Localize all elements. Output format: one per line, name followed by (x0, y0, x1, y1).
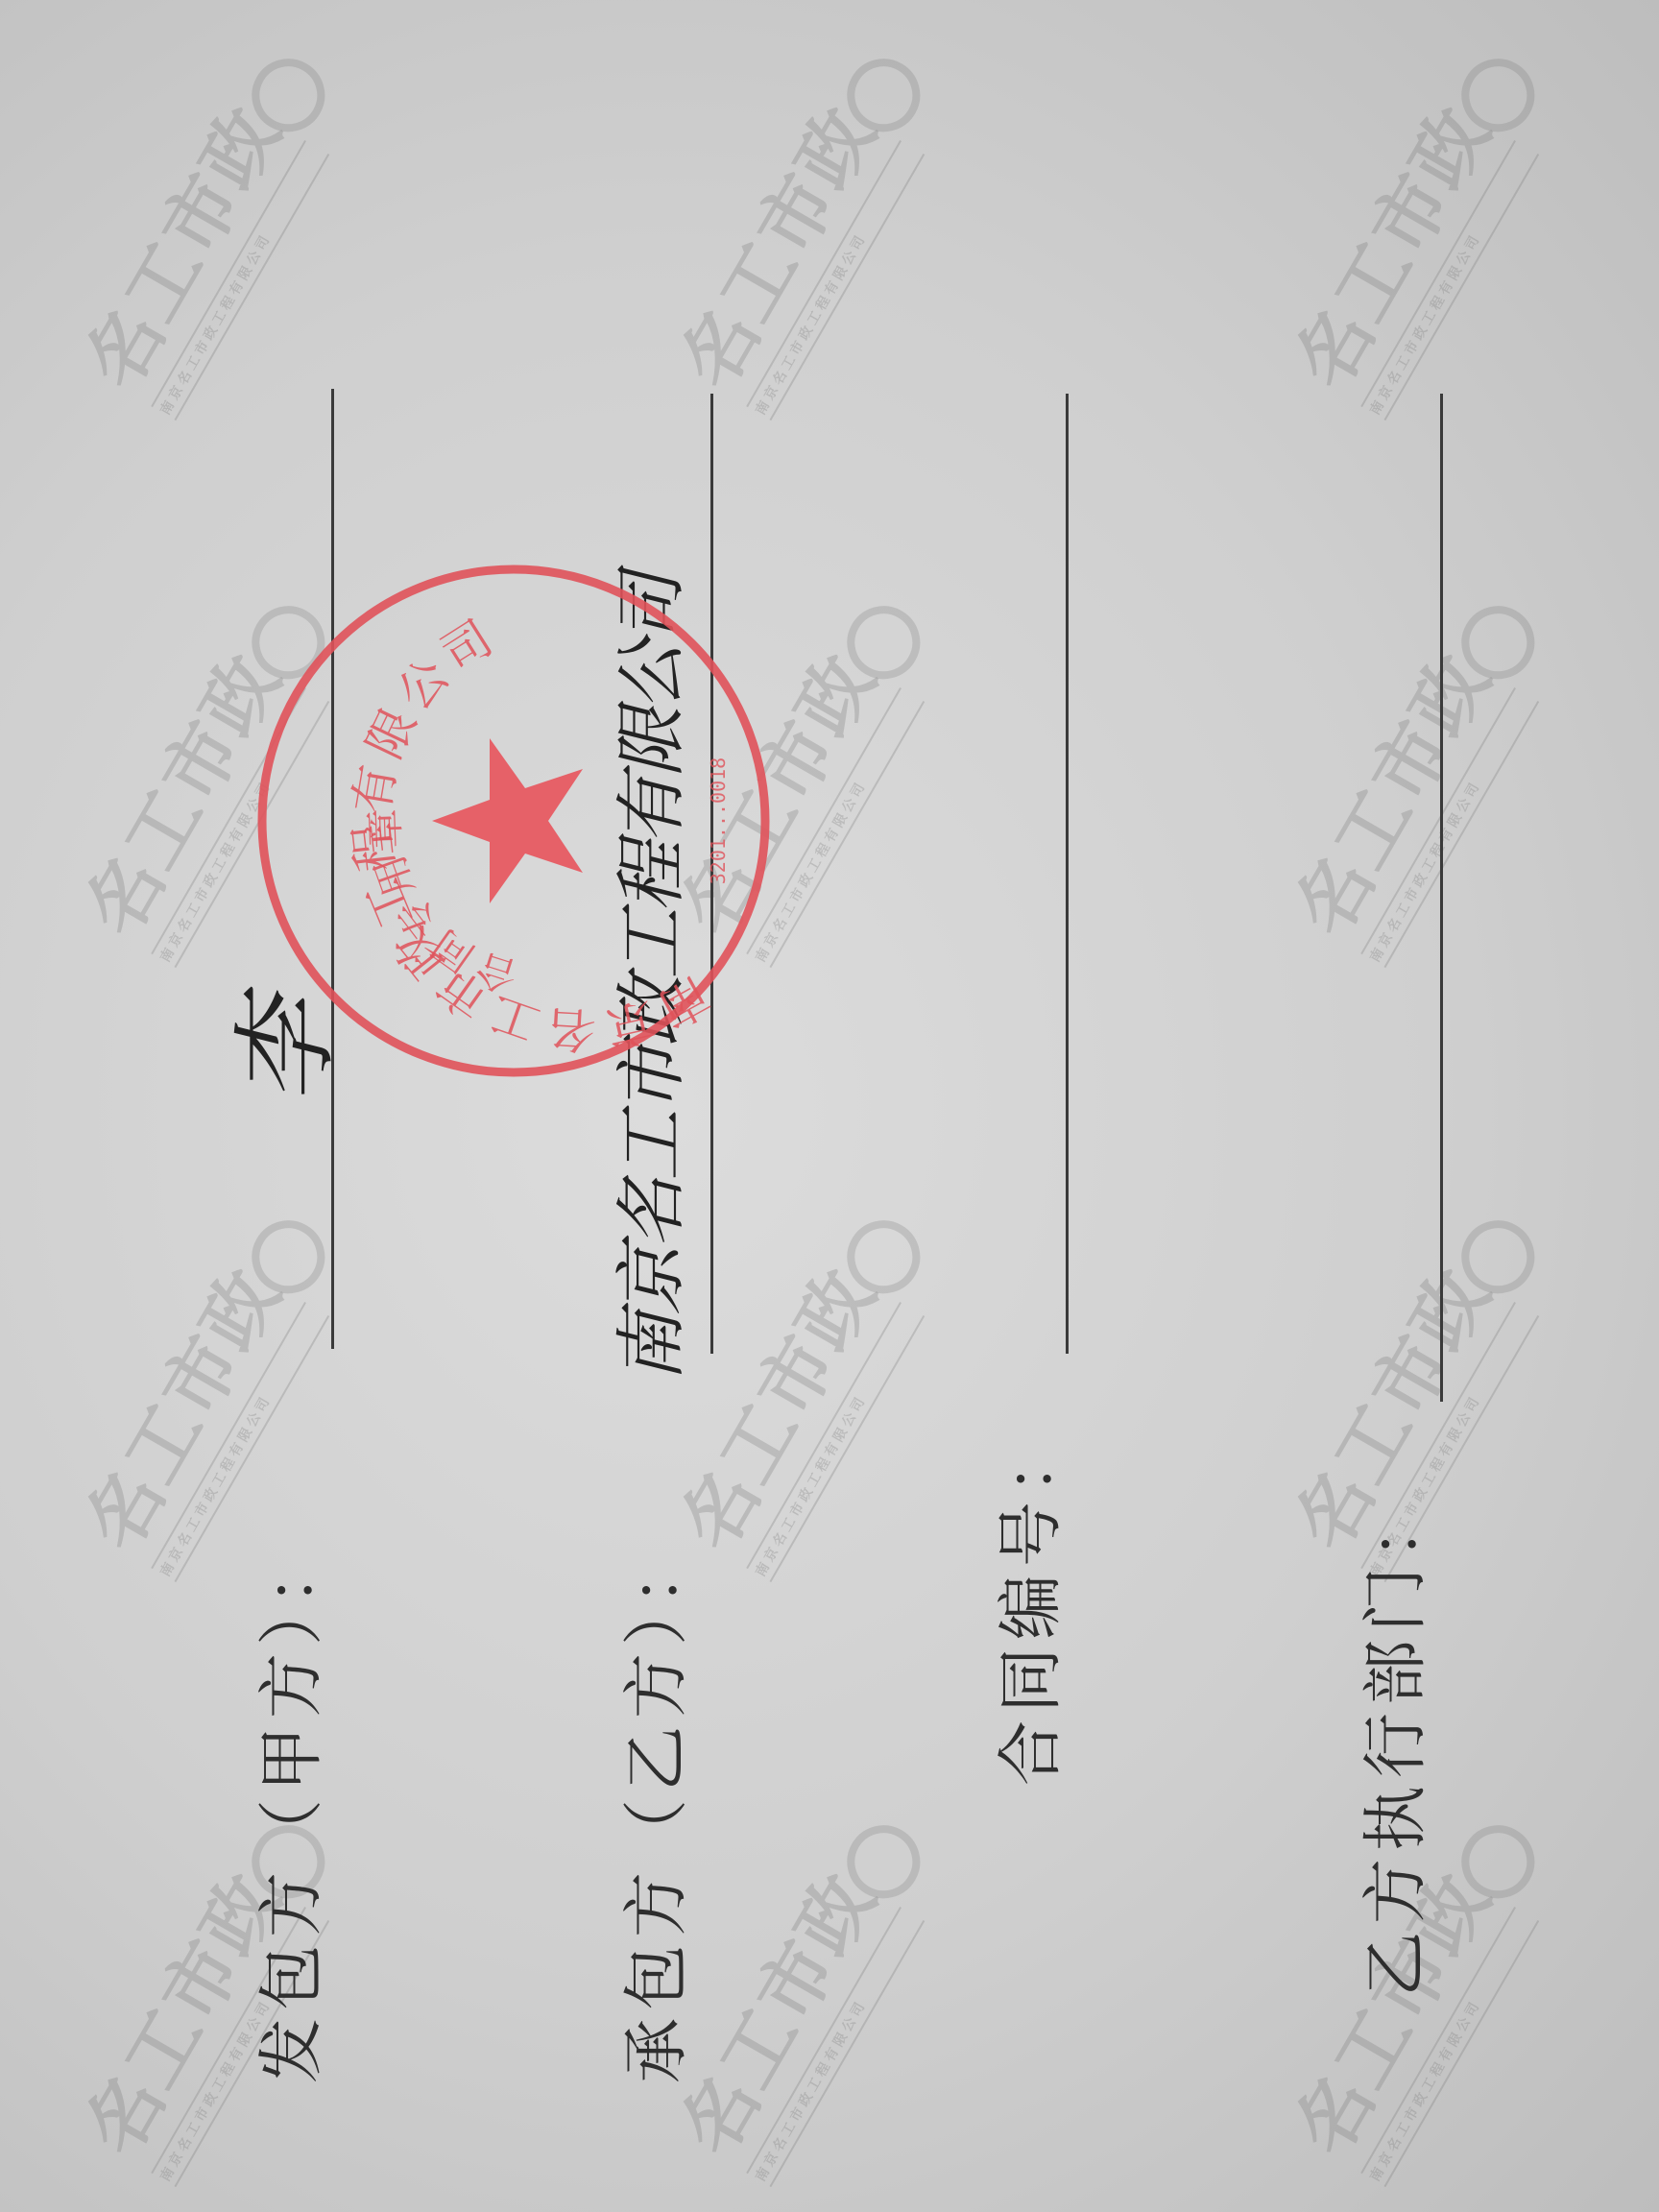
seal-star-icon (432, 738, 583, 903)
watermark-logo-icon (1448, 1812, 1548, 1911)
watermark-logo-icon (833, 1812, 933, 1911)
watermark: 名工市政南京名工市政工程有限公司 (55, 84, 329, 421)
watermark: 名工市政南京名工市政工程有限公司 (1264, 84, 1539, 421)
watermark: 名工市政南京名工市政工程有限公司 (650, 84, 925, 421)
watermark: 名工市政南京名工市政工程有限公司 (1264, 632, 1539, 968)
watermark-logo-icon (238, 1207, 338, 1307)
company-seal: 南京名工市政工程有限公司 合同专用章 3201...0018 (254, 552, 773, 1090)
party-b-department-line (1440, 394, 1443, 1402)
watermark-logo-icon (1448, 592, 1548, 692)
contract-number-line (1066, 394, 1069, 1354)
party-b-label: 承包方（乙方）： (605, 1532, 698, 2083)
contract-signature-page: 名工市政南京名工市政工程有限公司 名工市政南京名工市政工程有限公司 名工市政南京… (0, 0, 1659, 2212)
party-a-label: 发包方（甲方）： (240, 1532, 333, 2083)
watermark-logo-icon (1448, 1207, 1548, 1307)
watermark-logo-icon (833, 1207, 933, 1307)
watermark-logo-icon (833, 592, 933, 692)
watermark-logo-icon (833, 45, 933, 145)
watermark-logo-icon (1448, 45, 1548, 145)
seal-number: 3201...0018 (707, 757, 730, 884)
party-b-department-label: 乙方执行部门： (1344, 1486, 1437, 1997)
contract-number-label: 合同编号： (979, 1421, 1072, 1786)
watermark-logo-icon (238, 45, 338, 145)
